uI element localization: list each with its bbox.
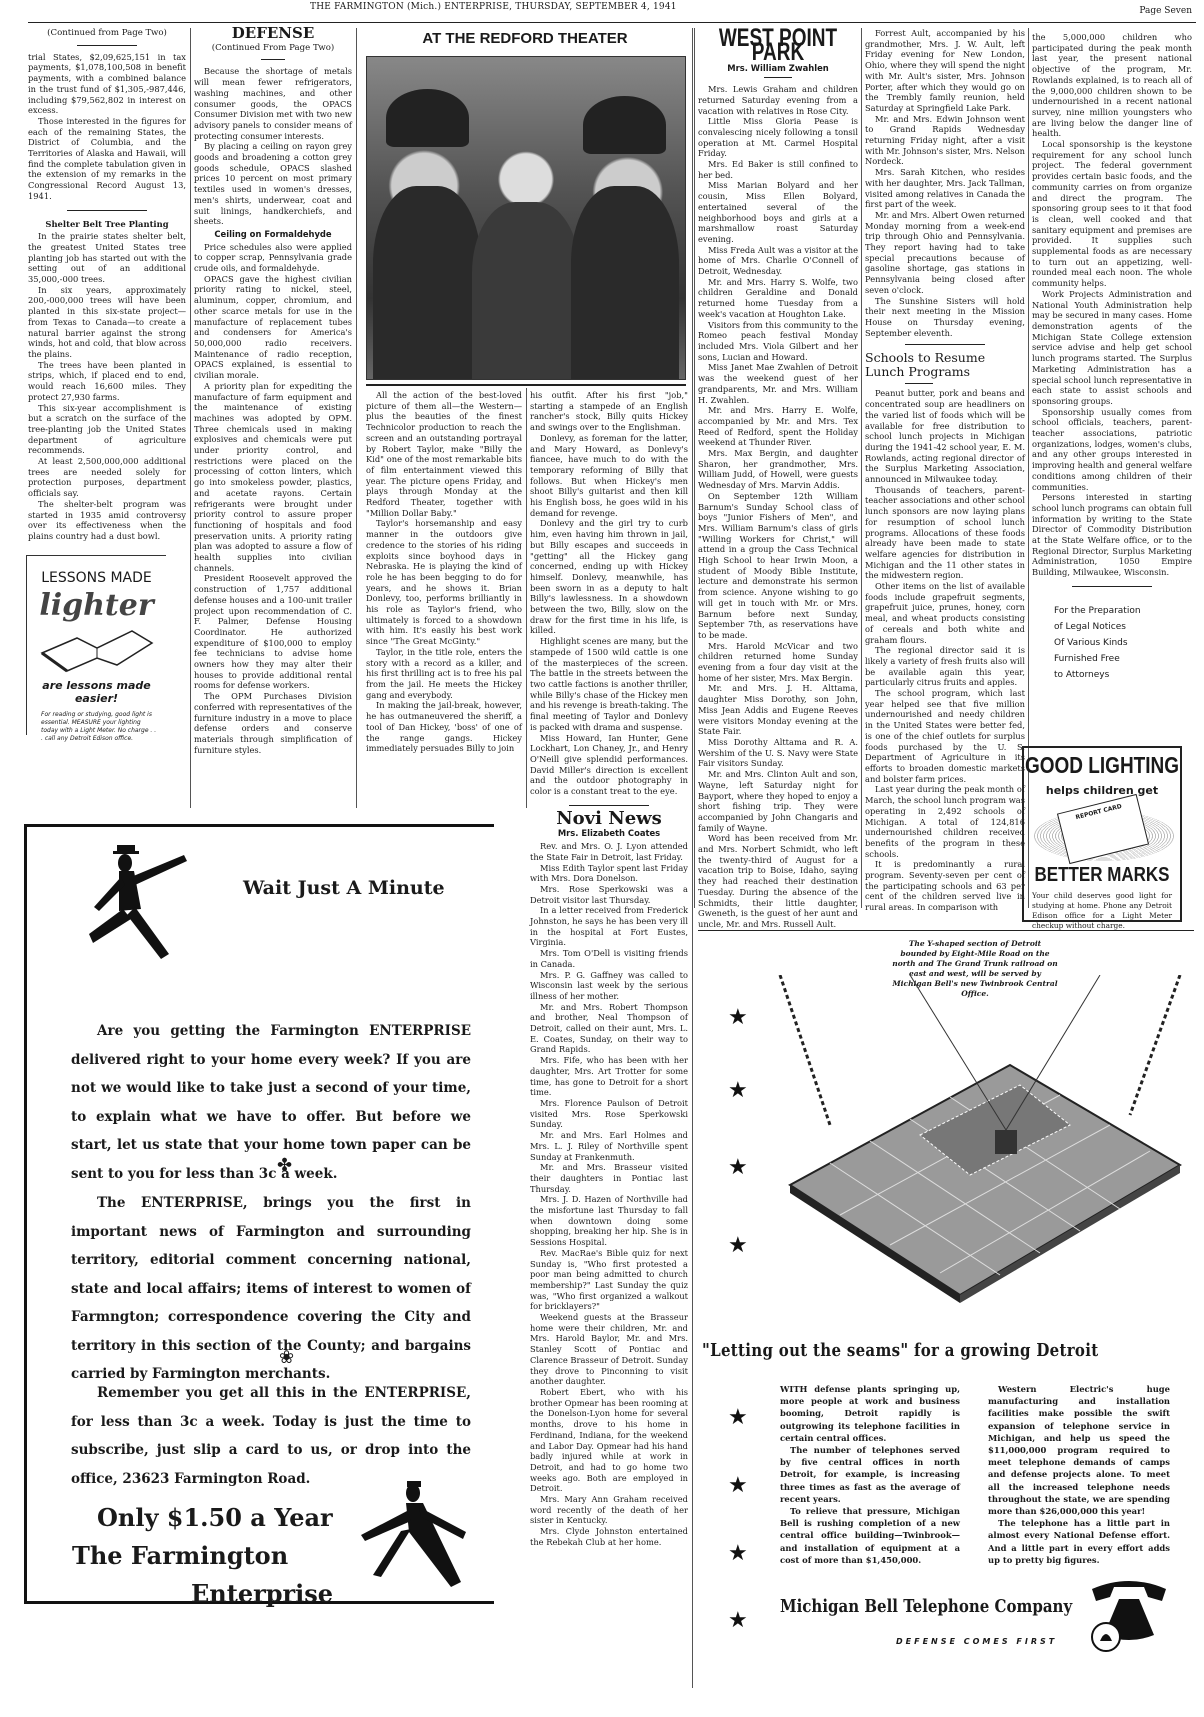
defense-title: DEFENSE bbox=[194, 28, 352, 39]
paragraph: Miss Howard, Ian Hunter, Gene Lockhart, … bbox=[530, 733, 688, 797]
column-defense: DEFENSE (Continued From Page Two) Becaus… bbox=[194, 28, 352, 755]
paragraph: Visitors from this community to the Rome… bbox=[698, 320, 858, 363]
running-man-icon bbox=[351, 1477, 481, 1607]
paragraph: Mrs. Fife, who has been with her daughte… bbox=[530, 1055, 688, 1098]
bell-headline: "Letting out the seams" for a growing De… bbox=[702, 1340, 1098, 1361]
ad-paragraph-3: Remember you get all this in the ENTERPR… bbox=[71, 1379, 471, 1493]
legal-line: Furnished Free bbox=[1054, 651, 1192, 667]
star-icon: ★ bbox=[728, 1475, 748, 1497]
paragraph: This six-year accomplishment is but a sc… bbox=[28, 403, 186, 457]
paragraph: Donlevy, as foreman for the latter, and … bbox=[530, 433, 688, 519]
paragraph: To relieve that pressure, Michigan Bell … bbox=[780, 1505, 960, 1566]
paragraph: Peanut butter, pork and beans and concen… bbox=[865, 388, 1025, 484]
open-book-icon bbox=[37, 623, 157, 673]
star-icon: ★ bbox=[728, 1407, 748, 1429]
star-icon: ★ bbox=[728, 1080, 748, 1102]
divider bbox=[905, 383, 933, 384]
bell-copy-left: WITH defense plants springing up, more p… bbox=[780, 1383, 960, 1566]
paragraph: All the action of the best-loved picture… bbox=[366, 390, 522, 518]
paragraph: Price schedules also were applied to cop… bbox=[194, 242, 352, 274]
paragraph: Highlight scenes are many, but the stamp… bbox=[530, 636, 688, 732]
legal-notices-box: For the Preparation of Legal Notices Of … bbox=[1032, 595, 1192, 683]
paragraph: the 5,000,000 children who participated … bbox=[1032, 32, 1192, 139]
subhead-shelter-belt: Shelter Belt Tree Planting bbox=[28, 219, 186, 230]
column-schools-continued: the 5,000,000 children who participated … bbox=[1032, 32, 1192, 683]
paragraph: Mr. and Mrs. Harry S. Wolfe, two childre… bbox=[698, 277, 858, 320]
paragraph: Mr. and Mrs. Harry E. Wolfe, accompanied… bbox=[698, 405, 858, 448]
ad-tagline: are lessons made easier! bbox=[27, 679, 166, 705]
photo-hat bbox=[386, 89, 469, 147]
paragraph: The number of telephones served by five … bbox=[780, 1444, 960, 1505]
column-schools: Forrest Ault, accompanied by his grandmo… bbox=[865, 28, 1025, 913]
legal-line: Of Various Kinds bbox=[1054, 635, 1192, 651]
paragraph: Mrs. Ed Baker is still confined to her b… bbox=[698, 159, 858, 180]
bell-copy-right: Western Electric's huge manufacturing an… bbox=[988, 1383, 1170, 1566]
novi-byline: Mrs. Elizabeth Coates bbox=[530, 828, 688, 839]
legal-line: For the Preparation bbox=[1054, 603, 1192, 619]
ad-paper-name-1: The Farmington bbox=[72, 1541, 288, 1570]
paragraph: Robert Ebert, who with his brother Opmea… bbox=[530, 1387, 688, 1494]
ad-headline: Wait Just A Minute bbox=[243, 877, 445, 899]
divider bbox=[67, 210, 147, 211]
paragraph: Last year during the peak month of March… bbox=[865, 784, 1025, 859]
ad-paragraph-1: Are you getting the Farmington ENTERPRIS… bbox=[71, 1017, 471, 1188]
masthead-rule bbox=[28, 22, 1196, 23]
masthead-title: THE FARMINGTON (Mich.) ENTERPRISE, THURS… bbox=[310, 2, 677, 12]
report-card-illustration: REPORT CARD bbox=[1024, 803, 1180, 863]
ad-script-word: lighter bbox=[27, 588, 166, 623]
column-redford-a: All the action of the best-loved picture… bbox=[366, 390, 522, 754]
column-west-point-park: WEST POINT PARK Mrs. William Zwahlen Mrs… bbox=[698, 32, 858, 930]
clover-icon: ✤ bbox=[277, 1155, 292, 1176]
paragraph: In a letter received from Frederick John… bbox=[530, 905, 688, 948]
paragraph: Mrs. Lewis Graham and children returned … bbox=[698, 84, 858, 116]
paragraph: his outfit. After his first "job," start… bbox=[530, 390, 688, 433]
paragraph: Mr. and Mrs. Edwin Johnson went to Grand… bbox=[865, 114, 1025, 168]
divider bbox=[905, 344, 985, 345]
paragraph: WITH defense plants springing up, more p… bbox=[780, 1383, 960, 1444]
film-still-photo bbox=[366, 56, 686, 380]
column-redford-b: his outfit. After his first "job," start… bbox=[530, 390, 688, 1548]
paragraph: Mr. and Mrs. Clinton Ault and son, Wayne… bbox=[698, 769, 858, 833]
paragraph: Mrs. Max Bergin, and daughter Sharon, he… bbox=[698, 448, 858, 491]
divider bbox=[569, 805, 649, 806]
telephone-icon bbox=[1084, 1575, 1174, 1655]
paragraph: Miss Edith Taylor spent last Friday with… bbox=[530, 863, 688, 884]
paragraph: President Roosevelt approved the constru… bbox=[194, 573, 352, 691]
michigan-bell-ad: ★ ★ ★ ★ ★ ★ ★ ★ The Y-shaped section of … bbox=[700, 935, 1196, 1685]
star-icon: ★ bbox=[728, 1157, 748, 1179]
paragraph: Miss Janet Mae Zwahlen of Detroit was th… bbox=[698, 362, 858, 405]
star-icon: ★ bbox=[728, 1235, 748, 1257]
paragraph: The OPM Purchases Division conferred wit… bbox=[194, 691, 352, 755]
paragraph: Forrest Ault, accompanied by his grandmo… bbox=[865, 28, 1025, 114]
column-divider bbox=[692, 28, 693, 1688]
subhead-formaldehyde: Ceiling on Formaldehyde bbox=[194, 229, 352, 240]
divider bbox=[764, 77, 792, 78]
paragraph: Western Electric's huge manufacturing an… bbox=[988, 1383, 1170, 1517]
flower-icon: ❀ bbox=[279, 1347, 294, 1368]
continued-label: (Continued From Page Two) bbox=[194, 43, 352, 54]
star-icon: ★ bbox=[728, 1007, 748, 1029]
column-divider bbox=[861, 28, 862, 908]
paragraph: A priority plan for expediting the manuf… bbox=[194, 381, 352, 574]
bell-company-name: Michigan Bell Telephone Company bbox=[780, 1596, 1072, 1617]
good-lighting-ad: GOOD LIGHTING helps children get REPORT … bbox=[1022, 746, 1182, 922]
paragraph: Miss Dorothy Alttama and R. A. Wershim o… bbox=[698, 737, 858, 769]
photo-figure bbox=[373, 186, 481, 379]
enterprise-subscription-ad: Wait Just A Minute Are you getting the F… bbox=[24, 824, 494, 1604]
ad-headline: LESSONS MADE bbox=[27, 570, 166, 586]
running-man-icon bbox=[79, 839, 199, 969]
paragraph: Taylor, in the title role, enters the st… bbox=[366, 647, 522, 701]
divider bbox=[1072, 586, 1152, 587]
lessons-lighter-ad: LESSONS MADE lighter are lessons made ea… bbox=[26, 555, 166, 735]
paragraph: Mr. and Mrs. Robert Thompson and brother… bbox=[530, 1002, 688, 1056]
paragraph: Mrs. Rose Sperkowski was a Detroit visit… bbox=[530, 884, 688, 905]
paragraph: Mrs. P. G. Gaffney was called to Wiscons… bbox=[530, 970, 688, 1002]
ad-paper-name-2: Enterprise bbox=[191, 1579, 333, 1608]
ad-bottom-headline: BETTER MARKS bbox=[1024, 863, 1180, 887]
paragraph: Mrs. Mary Ann Graham received word recen… bbox=[530, 1494, 688, 1526]
paragraph: Mr. and Mrs. Albert Owen returned Monday… bbox=[865, 210, 1025, 296]
paragraph: Those interested in the figures for each… bbox=[28, 116, 186, 202]
paragraph: Mrs. J. D. Hazen of Northville had the m… bbox=[530, 1194, 688, 1248]
paragraph: Work Projects Administration and Nationa… bbox=[1032, 289, 1192, 407]
divider bbox=[261, 59, 285, 60]
photo-figure bbox=[472, 202, 580, 379]
paragraph: Persons interested in starting school lu… bbox=[1032, 492, 1192, 578]
paragraph: The Sunshine Sisters will hold their nex… bbox=[865, 296, 1025, 339]
photo-figure bbox=[571, 186, 679, 379]
page-number: Page Seven bbox=[1139, 6, 1192, 16]
paragraph: In six years, approximately 200,-000,000… bbox=[28, 285, 186, 360]
ad-paragraph-2: The ENTERPRISE, brings you the first in … bbox=[71, 1189, 471, 1389]
paragraph: Miss Freda Ault was a visitor at the hom… bbox=[698, 245, 858, 277]
column-divider bbox=[526, 388, 527, 808]
paragraph: Local sponsorship is the keystone requir… bbox=[1032, 139, 1192, 289]
paragraph: The school program, which last year help… bbox=[865, 688, 1025, 784]
paragraph: Miss Marian Bolyard and her cousin, Miss… bbox=[698, 180, 858, 244]
legal-line: to Attorneys bbox=[1054, 667, 1192, 683]
column-continued-article: (Continued from Page Two) trial States, … bbox=[28, 28, 186, 542]
paragraph: Donlevy and the girl try to curb him, ev… bbox=[530, 518, 688, 636]
paragraph: The regional director said it is likely … bbox=[865, 645, 1025, 688]
paragraph: Mrs. Tom O'Dell is visiting friends in C… bbox=[530, 948, 688, 969]
column-divider bbox=[356, 28, 357, 808]
ad-body: Your child deserves good light for study… bbox=[1024, 885, 1180, 931]
paragraph: Weekend guests at the Brasseur home were… bbox=[530, 1312, 688, 1387]
schools-title: Schools to Resume Lunch Programs bbox=[865, 351, 1025, 379]
ad-headline: GOOD LIGHTING bbox=[1024, 754, 1180, 780]
paragraph: The trees have been planted in strips, w… bbox=[28, 360, 186, 403]
ad-price: Only $1.50 a Year bbox=[97, 1503, 333, 1532]
novi-title: Novi News bbox=[530, 814, 688, 825]
continued-label: (Continued from Page Two) bbox=[28, 28, 186, 39]
paragraph: The telephone has a little part in almos… bbox=[988, 1517, 1170, 1566]
section-rule bbox=[698, 930, 1194, 931]
column-divider bbox=[190, 28, 191, 808]
paragraph: In the prairie states shelter belt, the … bbox=[28, 231, 186, 285]
divider bbox=[77, 45, 137, 46]
paragraph: The shelter-belt program was started in … bbox=[28, 499, 186, 542]
paragraph: Rev. and Mrs. O. J. Lyon attended the St… bbox=[530, 841, 688, 862]
paragraph: Word has been received from Mr. and Mrs.… bbox=[698, 833, 858, 929]
paragraph: Taylor's horsemanship and easy manner in… bbox=[366, 518, 522, 646]
redford-title: AT THE REDFORD THEATER bbox=[360, 30, 690, 47]
paragraph: Little Miss Gloria Pease is convalescing… bbox=[698, 116, 858, 159]
legal-line: of Legal Notices bbox=[1054, 619, 1192, 635]
paragraph: By placing a ceiling on rayon grey goods… bbox=[194, 141, 352, 227]
paragraph: Rev. MacRae's Bible quiz for next Sunday… bbox=[530, 1248, 688, 1312]
paragraph: In making the jail-break, however, he ha… bbox=[366, 700, 522, 754]
paragraph: trial States, $2,09,625,151 in tax payme… bbox=[28, 52, 186, 116]
masthead: THE FARMINGTON (Mich.) ENTERPRISE, THURS… bbox=[0, 0, 1204, 22]
paragraph: On September 12th William Barnum's Sunda… bbox=[698, 491, 858, 641]
star-icon: ★ bbox=[728, 1543, 748, 1565]
westpoint-title: WEST POINT PARK bbox=[698, 33, 858, 61]
paragraph: OPACS gave the highest civilian priority… bbox=[194, 274, 352, 381]
paragraph: Sponsorship usually comes from school of… bbox=[1032, 407, 1192, 493]
paragraph: Mrs. Clyde Johnston entertained the Rebe… bbox=[530, 1526, 688, 1547]
paragraph: Mr. and Mrs. Earl Holmes and Mrs. L. J. … bbox=[530, 1130, 688, 1162]
paragraph: Because the shortage of metals will mean… bbox=[194, 66, 352, 141]
paragraph: Mrs. Florence Paulson of Detroit visited… bbox=[530, 1098, 688, 1130]
paragraph: It is predominantly a rural program. Sev… bbox=[865, 859, 1025, 913]
paragraph: Mr. and Mrs. Brasseur visited their daug… bbox=[530, 1162, 688, 1194]
photo-rule bbox=[366, 384, 686, 386]
paragraph: Mrs. Sarah Kitchen, who resides with her… bbox=[865, 167, 1025, 210]
paragraph: Mrs. Harold McVicar and two children ret… bbox=[698, 641, 858, 684]
paragraph: Other items on the list of available foo… bbox=[865, 581, 1025, 645]
paragraph: Mr. and Mrs. J. H. Alttama, daughter Mis… bbox=[698, 683, 858, 737]
bell-slogan: DEFENSE COMES FIRST bbox=[896, 1637, 1057, 1646]
paragraph: At least 2,500,000,000 additional trees … bbox=[28, 456, 186, 499]
photo-hat bbox=[583, 96, 666, 154]
ad-subhead: helps children get bbox=[1024, 784, 1180, 797]
paragraph: Thousands of teachers, parent-teacher as… bbox=[865, 485, 1025, 581]
ad-fine-print: For reading or studying, good light is e… bbox=[41, 711, 158, 743]
detroit-map-illustration bbox=[770, 975, 1190, 1305]
star-icon: ★ bbox=[728, 1610, 748, 1632]
column-divider bbox=[694, 28, 695, 908]
